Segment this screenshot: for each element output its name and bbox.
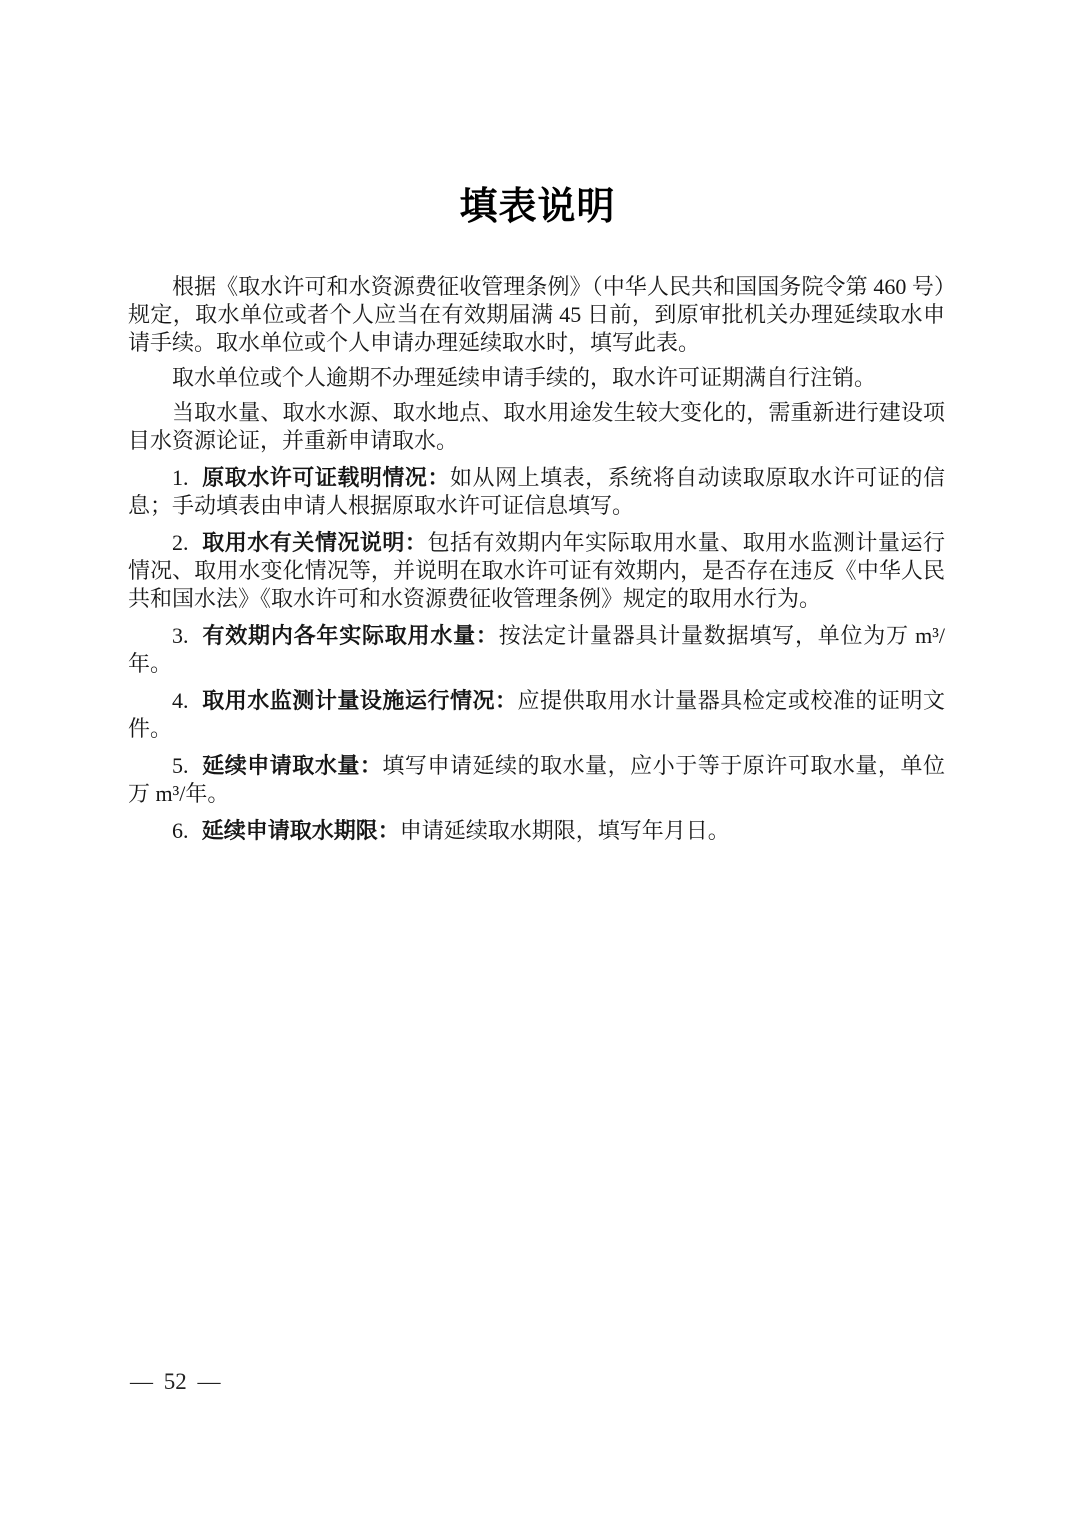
item-6-number: 6. bbox=[172, 818, 189, 843]
item-5-label: 延续申请取水量： bbox=[202, 753, 383, 778]
instruction-item-1: 1.原取水许可证载明情况：如从网上填表，系统将自动读取原取水许可证的信息；手动填… bbox=[128, 464, 945, 520]
item-2-number: 2. bbox=[172, 530, 189, 555]
document-page: 填表说明 根据《取水许可和水资源费征收管理条例》（中华人民共和国国务院令第 46… bbox=[0, 0, 1075, 1519]
instruction-item-6: 6.延续申请取水期限：申请延续取水期限，填写年月日。 bbox=[128, 817, 945, 845]
intro-paragraph-2: 取水单位或个人逾期不办理延续申请手续的，取水许可证期满自行注销。 bbox=[128, 364, 945, 392]
instruction-item-5: 5.延续申请取水量：填写申请延续的取水量，应小于等于原许可取水量，单位万 m³/… bbox=[128, 752, 945, 808]
document-body: 根据《取水许可和水资源费征收管理条例》（中华人民共和国国务院令第 460 号）规… bbox=[128, 273, 945, 845]
item-5-number: 5. bbox=[172, 753, 189, 778]
document-title: 填表说明 bbox=[0, 0, 1075, 228]
page-number-text: — 52 — bbox=[130, 1369, 221, 1394]
item-4-label: 取用水监测计量设施运行情况： bbox=[202, 688, 518, 713]
page-number: — 52 — bbox=[130, 1369, 221, 1395]
item-1-number: 1. bbox=[172, 465, 189, 490]
item-4-number: 4. bbox=[172, 688, 189, 713]
intro-paragraph-1: 根据《取水许可和水资源费征收管理条例》（中华人民共和国国务院令第 460 号）规… bbox=[128, 273, 945, 357]
instruction-item-4: 4.取用水监测计量设施运行情况：应提供取用水计量器具检定或校准的证明文件。 bbox=[128, 687, 945, 743]
item-2-label: 取用水有关情况说明： bbox=[202, 530, 428, 555]
instruction-item-2: 2.取用水有关情况说明：包括有效期内年实际取用水量、取用水监测计量运行情况、取用… bbox=[128, 529, 945, 613]
item-1-label: 原取水许可证载明情况： bbox=[202, 465, 450, 490]
instruction-item-3: 3.有效期内各年实际取用水量：按法定计量器具计量数据填写，单位为万 m³/年。 bbox=[128, 622, 945, 678]
item-6-text: 申请延续取水期限，填写年月日。 bbox=[400, 818, 730, 843]
item-3-label: 有效期内各年实际取用水量： bbox=[202, 623, 499, 648]
item-3-number: 3. bbox=[172, 623, 189, 648]
intro-paragraph-3: 当取水量、取水水源、取水地点、取水用途发生较大变化的，需重新进行建设项目水资源论… bbox=[128, 399, 945, 455]
item-6-label: 延续申请取水期限： bbox=[202, 818, 400, 843]
